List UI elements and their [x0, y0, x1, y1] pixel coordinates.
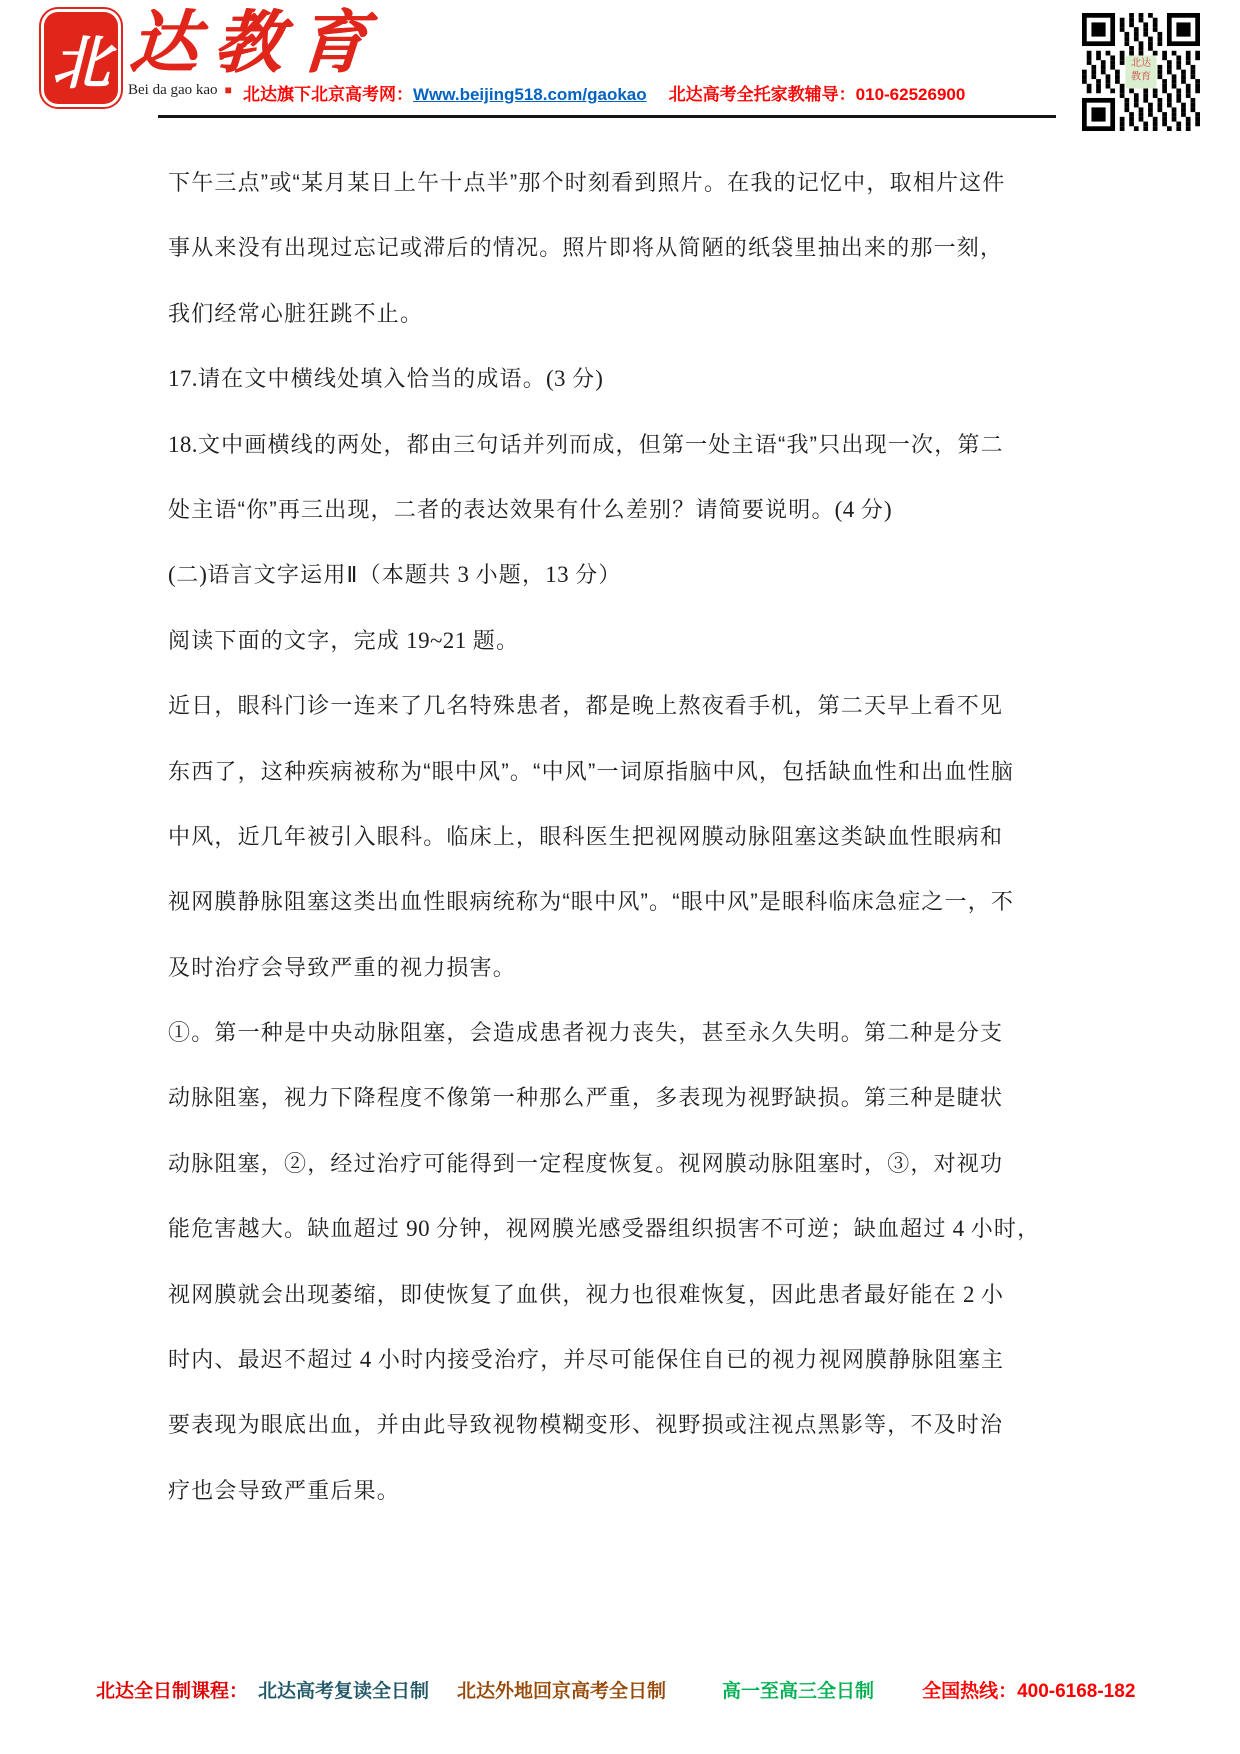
brand-pinyin: Bei da gao kao■ [128, 82, 232, 99]
text-line: 处主语“你”再三出现，二者的表达效果有什么差别？请简要说明。(4 分) [168, 477, 1088, 542]
body-lines: 下午三点”或“某月某日上午十点半”那个时刻看到照片。在我的记忆中，取相片这件事从… [168, 150, 1088, 1523]
seal-character: 北 [52, 16, 110, 100]
text-line: 视网膜就会出现萎缩，即使恢复了血供，视力也很难恢复，因此患者最好能在 2 小 [168, 1262, 1088, 1327]
text-line: 能危害越大。缺血超过 90 分钟，视网膜光感受器组织损害不可逆；缺血超过 4 小… [168, 1196, 1088, 1261]
text-line: 18.文中画横线的两处，都由三句话并列而成，但第一处主语“我”只出现一次，第二 [168, 412, 1088, 477]
text-line: 17.请在文中横线处填入恰当的成语。(3 分) [168, 346, 1088, 411]
text-line: 视网膜静脉阻塞这类出血性眼病统称为“眼中风”。“眼中风”是眼科临床急症之一，不 [168, 869, 1088, 934]
qr-label-text: 北达 [1131, 56, 1151, 69]
text-line: 动脉阻塞，②，经过治疗可能得到一定程度恢复。视网膜动脉阻塞时，③，对视功 [168, 1131, 1088, 1196]
text-line: 下午三点”或“某月某日上午十点半”那个时刻看到照片。在我的记忆中，取相片这件 [168, 150, 1088, 215]
text-line: 时内、最迟不超过 4 小时内接受治疗，并尽可能保住自已的视力视网膜静脉阻塞主 [168, 1327, 1088, 1392]
header-info-line: 北达旗下北京高考网：Www.beijing518.com/gaokao北达高考全… [243, 80, 965, 105]
text-line: 要表现为眼底出血，并由此导致视物模糊变形、视野损或注视点黑影等，不及时治 [168, 1392, 1088, 1457]
text-line: 东西了，这种疾病被称为“眼中风”。“中风”一词原指脑中风，包括缺血性和出血性脑 [168, 739, 1088, 804]
footer: 北达全日制课程：北达高考复读全日制北达外地回京高考全日制高一至高三全日制全国热线… [96, 1676, 1176, 1703]
qr-code-svg: 北达教育 [1082, 13, 1200, 131]
text-line: 及时治疗会导致严重的视力损害。 [168, 935, 1088, 1000]
text-line: 近日，眼科门诊一连来了几名特殊患者，都是晚上熬夜看手机，第二天早上看不见 [168, 673, 1088, 738]
qr-label-text: 教育 [1131, 70, 1151, 83]
site-label: 北达旗下北京高考网： [243, 85, 413, 104]
site-link[interactable]: Www.beijing518.com/gaokao [413, 85, 647, 104]
brand-calligraphy: 达教育 [127, 0, 385, 86]
footer-item: 北达外地回京高考全日制 [457, 1676, 666, 1703]
text-line: 事从来没有出现过忘记或滞后的情况。照片即将从简陋的纸袋里抽出来的那一刻， [168, 215, 1088, 280]
document-page: 北 达教育 Bei da gao kao■ 北达旗下北京高考网：Www.beij… [0, 0, 1240, 1754]
text-line: (二)语言文字运用Ⅱ（本题共 3 小题，13 分） [168, 542, 1088, 607]
text-line: 我们经常心脏狂跳不止。 [168, 281, 1088, 346]
footer-item: 全国热线：400-6168-182 [922, 1676, 1135, 1703]
footer-item: 北达全日制课程： [96, 1676, 248, 1703]
footer-item: 北达高考复读全日制 [258, 1676, 429, 1703]
tutor-label: 北达高考全托家教辅导： [669, 85, 856, 104]
brand-seal-logo: 北 [44, 12, 118, 104]
red-square-bullet-icon: ■ [225, 83, 232, 97]
text-line: 中风，近几年被引入眼科。临床上，眼科医生把视网膜动脉阻塞这类缺血性眼病和 [168, 804, 1088, 869]
text-line: 动脉阻塞，视力下降程度不像第一种那么严重，多表现为视野缺损。第三种是睫状 [168, 1065, 1088, 1130]
text-line: 疗也会导致严重后果。 [168, 1458, 1088, 1523]
qr-code: 北达教育 [1082, 13, 1200, 131]
text-line: ①。第一种是中央动脉阻塞，会造成患者视力丧失，甚至永久失明。第二种是分支 [168, 1000, 1088, 1065]
tutor-phone: 010-62526900 [856, 85, 966, 104]
footer-item: 高一至高三全日制 [722, 1676, 874, 1703]
header-divider [158, 115, 1056, 118]
pinyin-text: Bei da gao kao [128, 82, 218, 98]
text-line: 阅读下面的文字，完成 19~21 题。 [168, 608, 1088, 673]
